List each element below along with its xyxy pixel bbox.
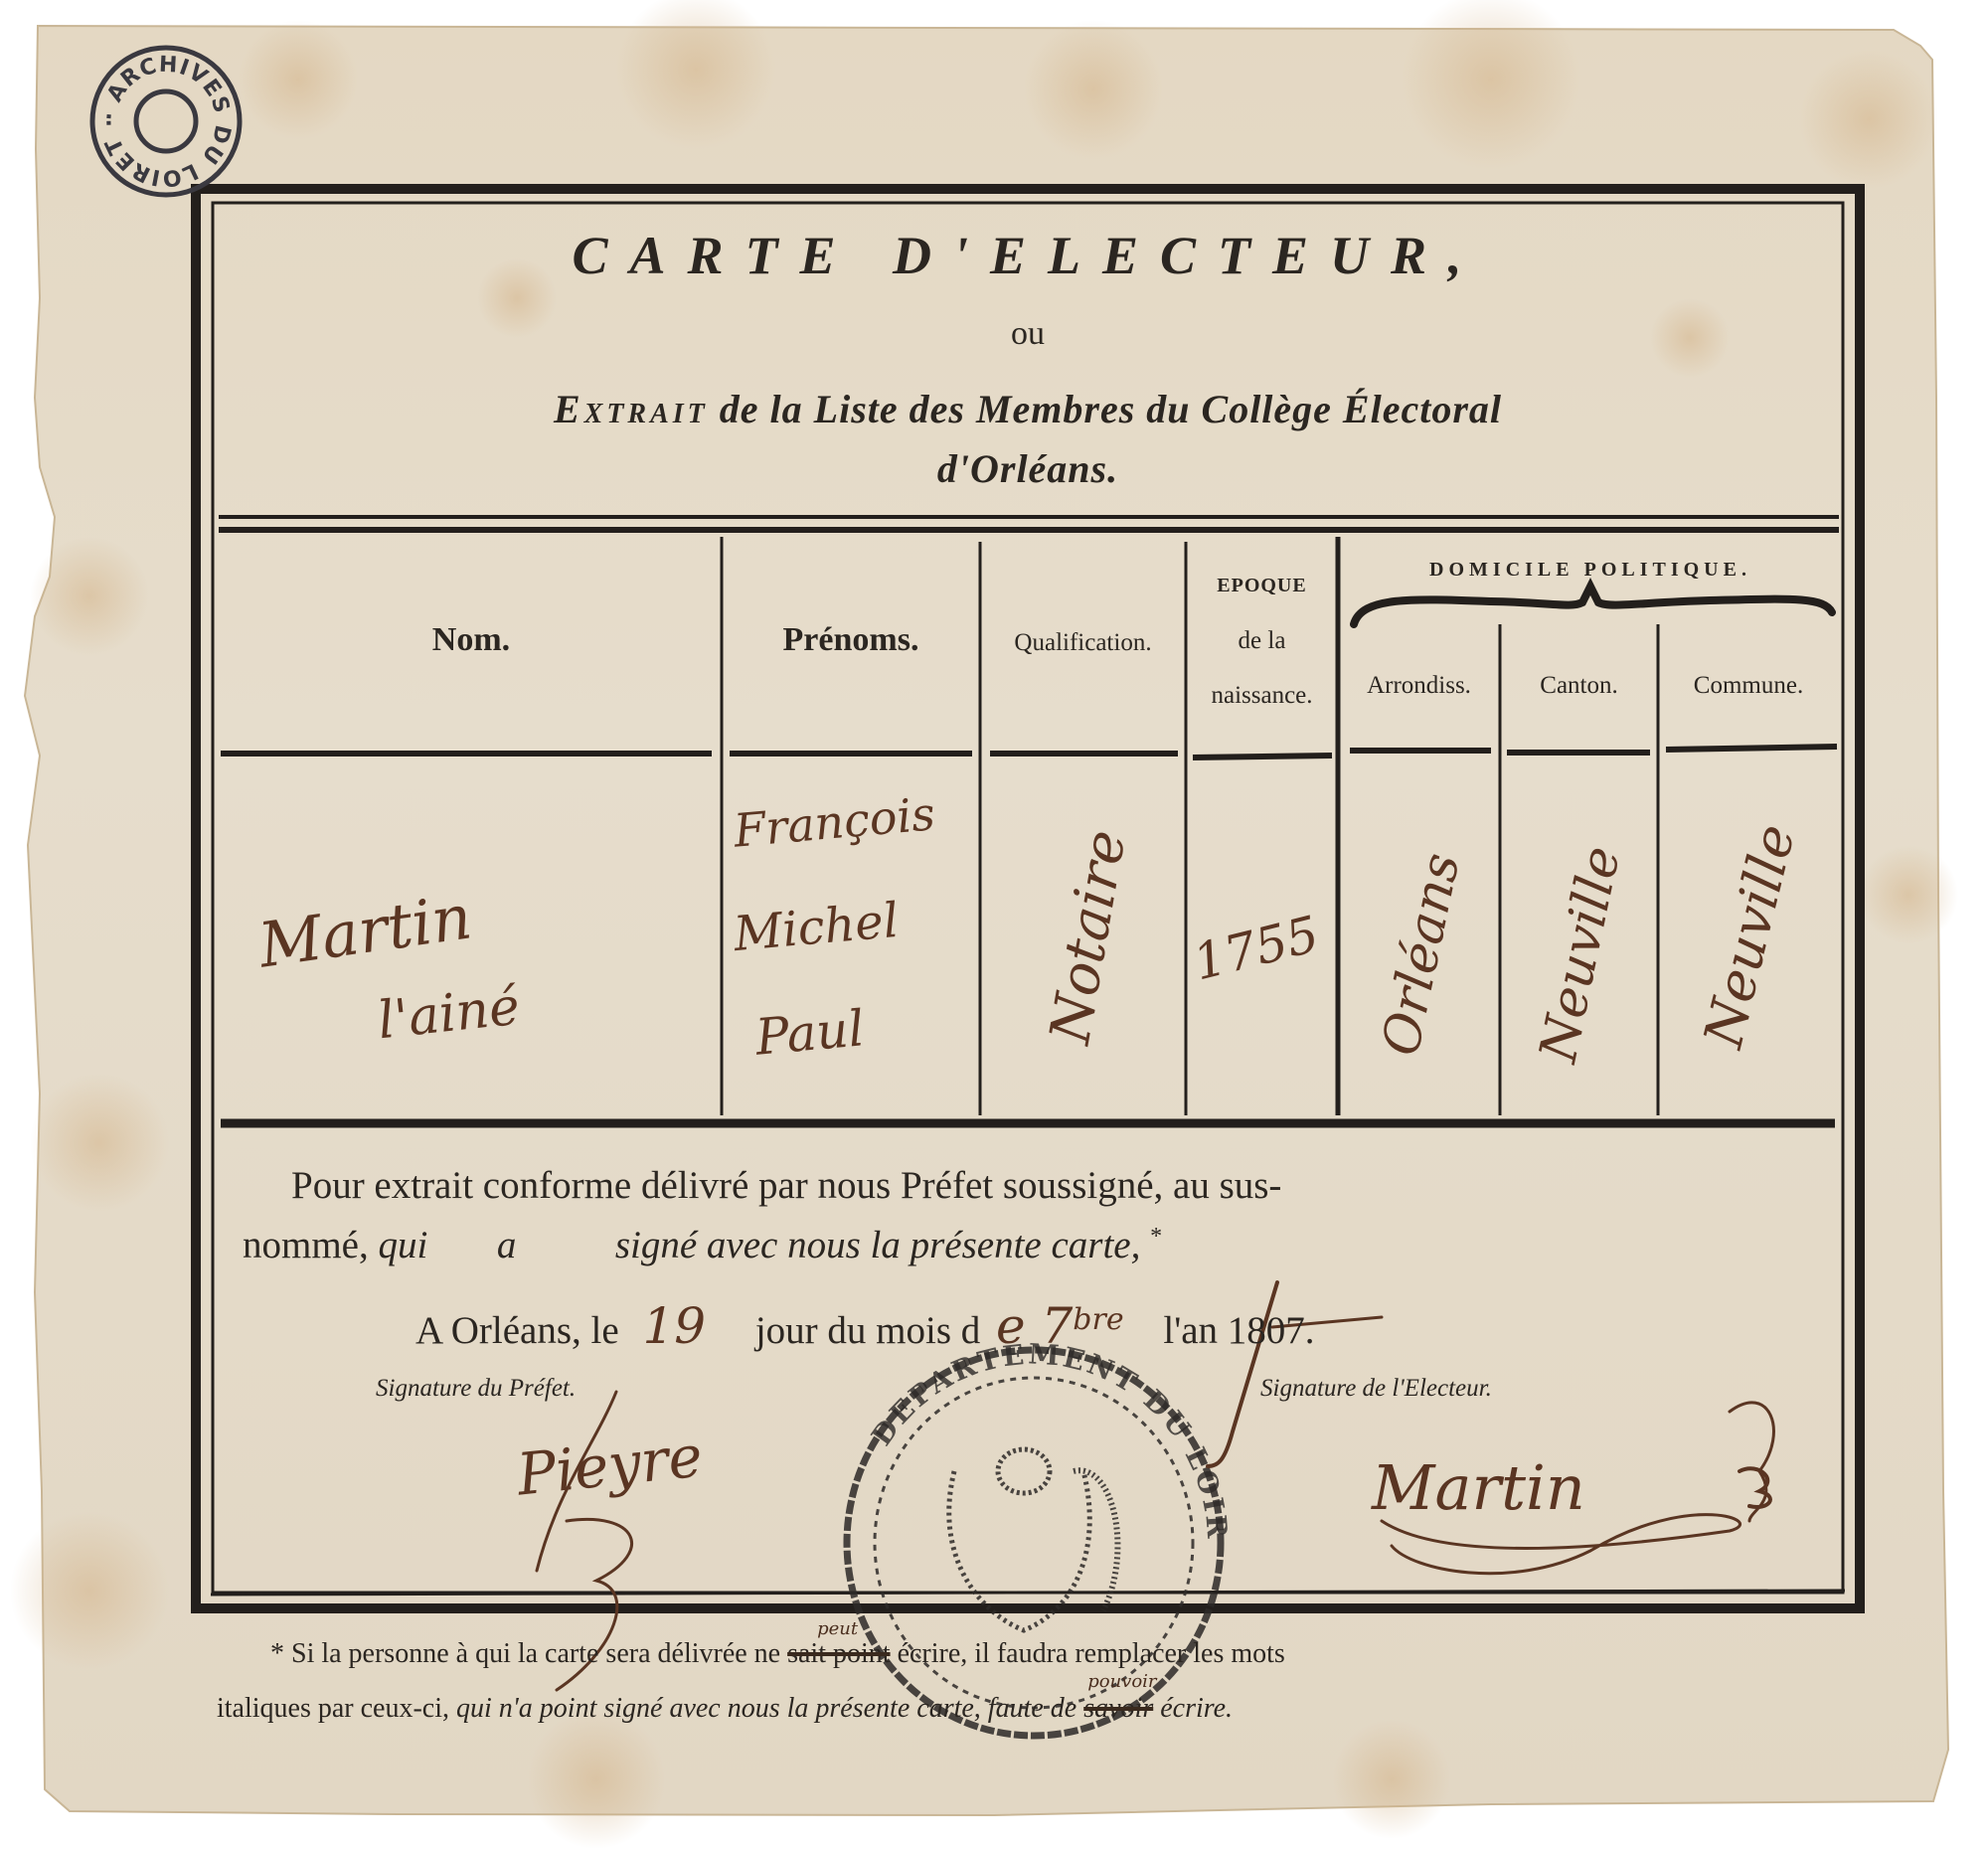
column-header-commune: Commune. [1658, 672, 1839, 700]
footnote-struck-sait-point: sait point [787, 1638, 890, 1669]
subtitle-line-2: d'Orléans. [213, 445, 1843, 492]
column-header-qualification: Qualification. [980, 629, 1186, 657]
document-title: CARTE D'ELECTEUR, [213, 225, 1843, 286]
column-header-epoque-naissance: naissance. [1186, 682, 1338, 710]
declaration-day: 19 [642, 1297, 706, 1355]
footnote-text-1b: écrire, il faudra remplacer les mots [898, 1638, 1285, 1669]
declaration-qui: qui [378, 1224, 427, 1266]
column-header-prenoms: Prénoms. [722, 621, 980, 659]
footnote-italic-replacement: qui n'a point signé avec nous la présent… [456, 1693, 1077, 1724]
footnote-asterisk: * [1150, 1224, 1162, 1250]
declaration-month-sup: bre [1073, 1302, 1123, 1337]
column-header-arrondissement: Arrondiss. [1338, 672, 1500, 700]
elector-signature-label: Signature de l'Electeur. [1260, 1375, 1492, 1403]
footnote-text-2a: italiques par ceux-ci, [217, 1693, 449, 1724]
footnote-struck-savoir: savoir [1083, 1693, 1153, 1724]
column-header-epoque-de-la: de la [1186, 627, 1338, 655]
declaration-place: A Orléans, le [415, 1309, 619, 1352]
cell-prenom-3: Paul [753, 999, 867, 1066]
column-group-domicile-politique: DOMICILE POLITIQUE. [1342, 559, 1839, 582]
declaration-nomme: nommé, [243, 1224, 369, 1266]
declaration-month-label: jour du mois d [755, 1309, 980, 1352]
declaration-signe: signé avec nous la présente carte, [615, 1224, 1141, 1266]
declaration-year: l'an 1807. [1163, 1309, 1314, 1352]
column-header-canton: Canton. [1500, 672, 1658, 700]
column-header-epoque: EPOQUE [1186, 575, 1338, 597]
footnote-text-1a: * Si la personne à qui la carte sera dél… [270, 1638, 780, 1669]
footnote-correction-peut: peut [817, 1618, 858, 1639]
subtitle-rest: de la Liste des Membres du Collège Élect… [720, 387, 1502, 431]
subtitle-extrait: Extrait [554, 387, 709, 431]
column-header-nom: Nom. [221, 621, 722, 659]
declaration-line-1: Pour extrait conforme délivré par nous P… [291, 1163, 1281, 1208]
subtitle-line-1: Extrait de la Liste des Membres du Collè… [213, 386, 1843, 432]
declaration-line-3: A Orléans, le 19 jour du mois d e 7bre l… [415, 1297, 1315, 1355]
declaration-month: e 7 [996, 1297, 1073, 1355]
title-conjunction: ou [213, 315, 1843, 353]
footnote-text-2b: écrire. [1160, 1693, 1233, 1724]
prefect-signature-label: Signature du Préfet. [376, 1375, 576, 1403]
electoral-card-document: · ARCHIVES DU LOIRET · DEPARTEMENT DU LO… [0, 0, 1988, 1849]
footnote-correction-pouvoir: pouvoir [1087, 1671, 1156, 1692]
elector-signature: Martin [1372, 1451, 1585, 1524]
footnote-line-1: * Si la personne à qui la carte sera dél… [270, 1638, 1285, 1670]
declaration-a: a [497, 1224, 517, 1266]
declaration-line-2: nommé, qui a signé avec nous la présente… [243, 1223, 1162, 1267]
footnote-line-2: italiques par ceux-ci, qui n'a point sig… [217, 1693, 1233, 1725]
